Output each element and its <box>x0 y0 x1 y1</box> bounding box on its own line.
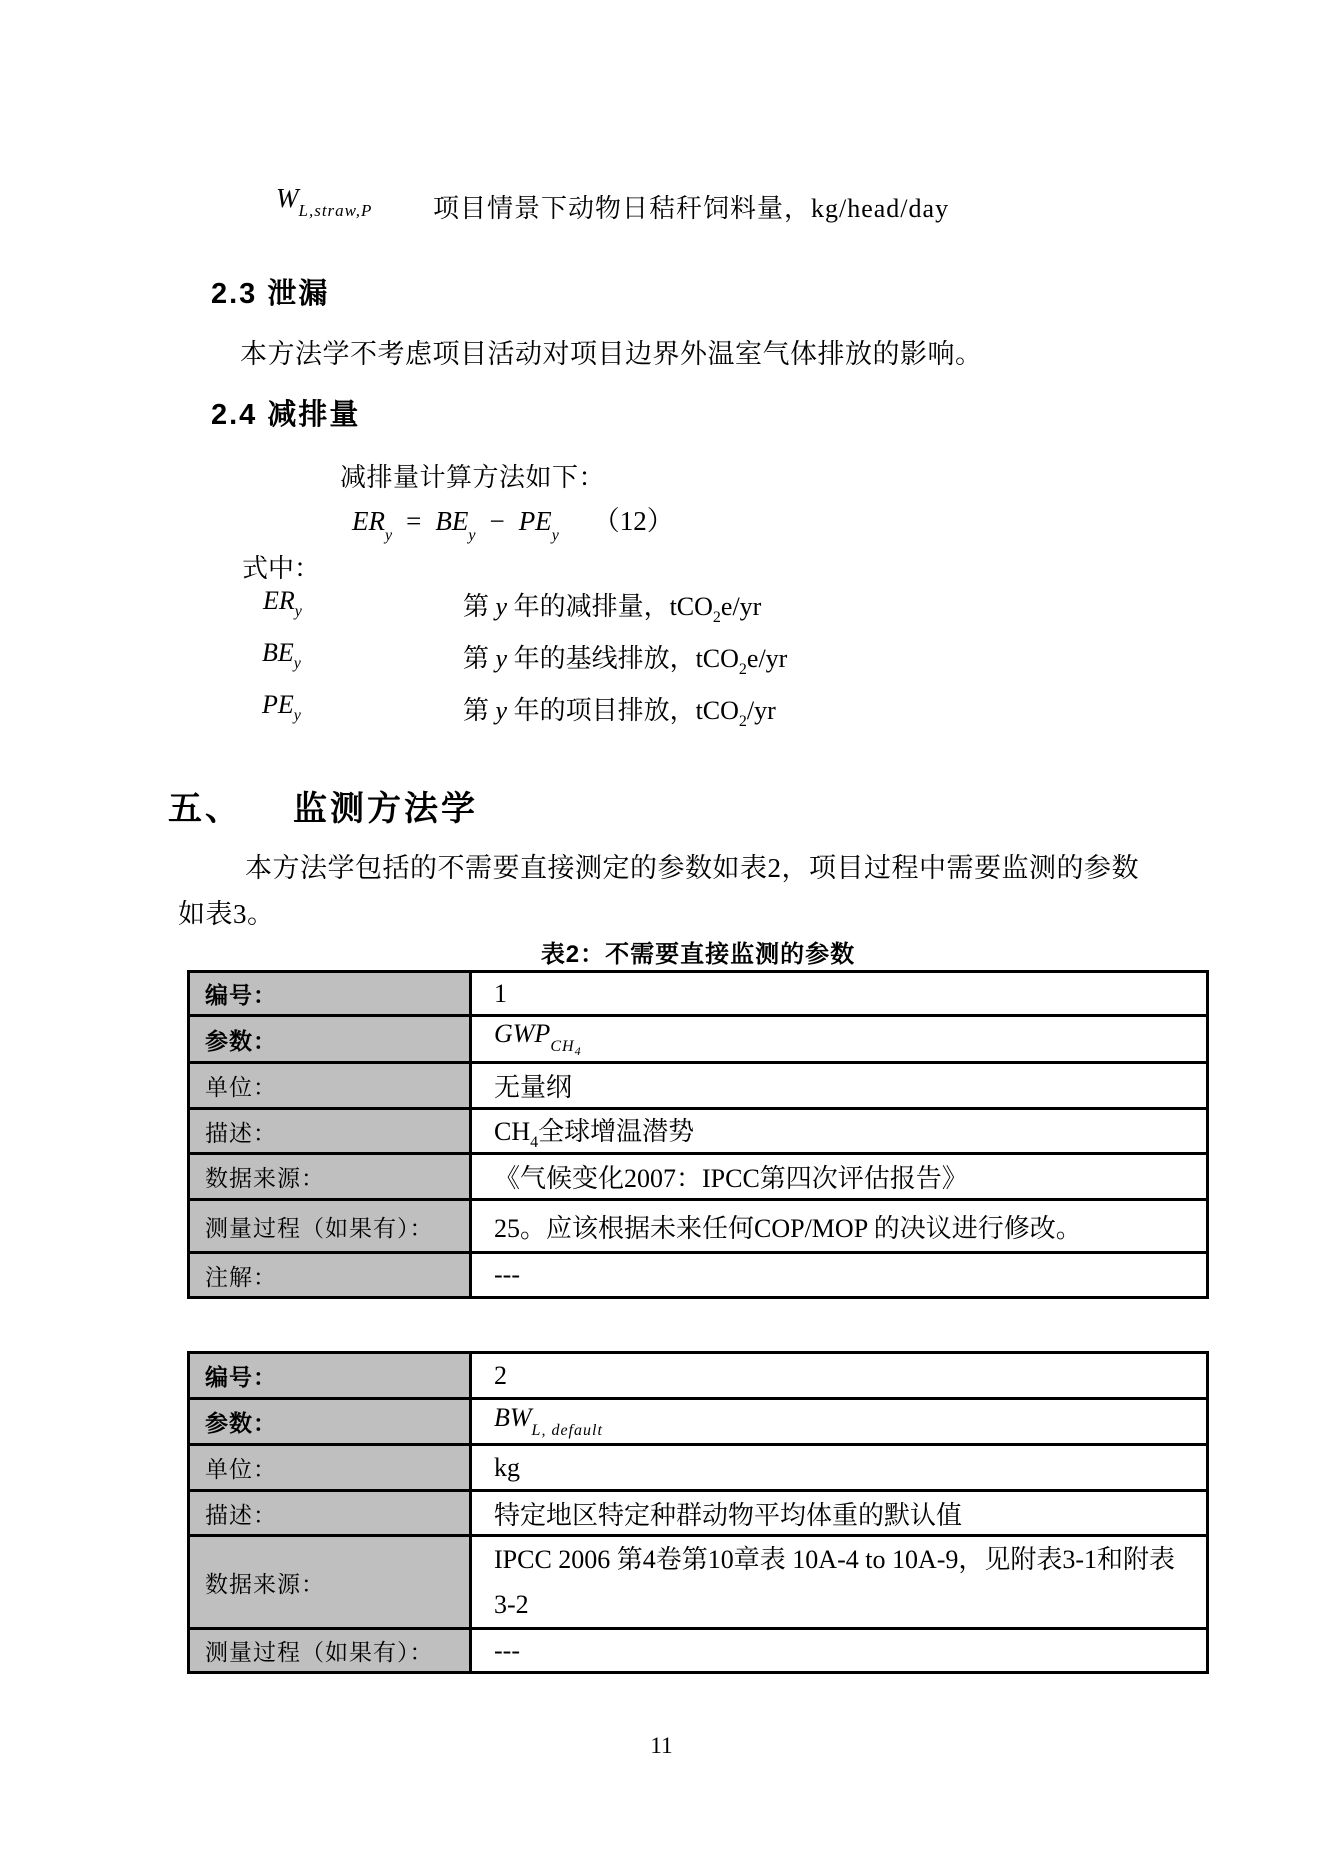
row-label: 数据来源： <box>189 1154 471 1200</box>
row-label: 单位： <box>189 1063 471 1109</box>
row-value: 无量纲 <box>471 1063 1208 1109</box>
row-label: 数据来源： <box>189 1536 471 1629</box>
formula-lhs: ER <box>352 506 385 536</box>
table-row-source: 数据来源： IPCC 2006 第4卷第10章表 10A-4 to 10A-9，… <box>189 1536 1208 1629</box>
section-2-3-paragraph: 本方法学不考虑项目活动对项目边界外温室气体排放的影响。 <box>240 332 983 371</box>
row-label: 描述： <box>189 1109 471 1154</box>
table-row-desc: 描述： 特定地区特定种群动物平均体重的默认值 <box>189 1491 1208 1536</box>
symbol-subscript: L,straw,P <box>299 201 373 220</box>
where-label: 式中： <box>242 548 320 585</box>
row-value-parameter: GWPCH4 <box>471 1016 1208 1063</box>
table-row-procedure: 测量过程（如果有）： --- <box>189 1629 1208 1673</box>
table-row-source: 数据来源： 《气候变化2007：IPCC第四次评估报告》 <box>189 1154 1208 1200</box>
section-2-4-heading: 2.4 减排量 <box>211 392 360 433</box>
row-value: 特定地区特定种群动物平均体重的默认值 <box>471 1491 1208 1536</box>
row-value: --- <box>471 1629 1208 1673</box>
table-row-unit: 单位： 无量纲 <box>189 1063 1208 1109</box>
table-row-desc: 描述： CH4全球增温潜势 <box>189 1109 1208 1154</box>
def-symbol-pe: PEy <box>262 690 301 725</box>
section-2-3-heading: 2.3 泄漏 <box>211 271 329 312</box>
table-row-note: 注解： --- <box>189 1253 1208 1298</box>
symbol-w-straw: WL,straw,P <box>276 183 372 221</box>
equation-number: （12） <box>593 506 674 536</box>
row-value: 25。应该根据未来任何COP/MOP 的决议进行修改。 <box>471 1200 1208 1253</box>
row-label: 注解： <box>189 1253 471 1298</box>
row-label: 测量过程（如果有）： <box>189 1200 471 1253</box>
row-value-description: CH4全球增温潜势 <box>471 1109 1208 1154</box>
section-5-paragraph-line2: 如表3。 <box>178 892 275 931</box>
table-row-id: 编号： 1 <box>189 972 1208 1016</box>
equals-sign: = <box>406 506 421 536</box>
symbol-description: 项目情景下动物日秸秆饲料量，kg/head/day <box>433 188 949 225</box>
table-row-param: 参数： BWL, default <box>189 1399 1208 1445</box>
parameter-table-2: 编号： 2 参数： BWL, default 单位： kg 描述： 特定地区特定… <box>187 1351 1209 1674</box>
table-row-procedure: 测量过程（如果有）： 25。应该根据未来任何COP/MOP 的决议进行修改。 <box>189 1200 1208 1253</box>
row-value-source: IPCC 2006 第4卷第10章表 10A-4 to 10A-9，见附表3-1… <box>471 1536 1208 1629</box>
row-label: 参数： <box>189 1016 471 1063</box>
row-value: 《气候变化2007：IPCC第四次评估报告》 <box>471 1154 1208 1200</box>
minus-sign: − <box>489 506 504 536</box>
row-value: --- <box>471 1253 1208 1298</box>
formula-intro: 减排量计算方法如下： <box>340 457 605 494</box>
formula-er: ERy=BEy−PEy（12） <box>352 499 674 545</box>
def-text-er: 第 y 年的减排量，tCO2e/yr <box>463 586 761 627</box>
parameter-table-1: 编号： 1 参数： GWPCH4 单位： 无量纲 描述： CH4全球增温潜势 数… <box>187 970 1209 1299</box>
row-value: kg <box>471 1445 1208 1491</box>
formula-rhs2: PE <box>519 506 552 536</box>
table-row-param: 参数： GWPCH4 <box>189 1016 1208 1063</box>
section-5-number: 五、 <box>168 781 242 830</box>
document-page: WL,straw,P 项目情景下动物日秸秆饲料量，kg/head/day 2.3… <box>0 0 1323 1871</box>
row-value-parameter: BWL, default <box>471 1399 1208 1445</box>
table-2-caption: 表2：不需要直接监测的参数 <box>187 934 1209 969</box>
def-symbol-be: BEy <box>262 638 301 673</box>
formula-rhs1: BE <box>435 506 468 536</box>
def-text-be: 第 y 年的基线排放，tCO2e/yr <box>463 638 787 679</box>
row-label: 测量过程（如果有）： <box>189 1629 471 1673</box>
section-5-heading: 监测方法学 <box>293 781 478 830</box>
def-text-pe: 第 y 年的项目排放，tCO2/yr <box>463 690 776 731</box>
row-label: 编号： <box>189 1353 471 1399</box>
table-row-unit: 单位： kg <box>189 1445 1208 1491</box>
row-label: 描述： <box>189 1491 471 1536</box>
row-label: 单位： <box>189 1445 471 1491</box>
def-symbol-er: ERy <box>263 586 302 621</box>
row-value: 1 <box>471 972 1208 1016</box>
page-number: 11 <box>0 1733 1323 1759</box>
row-label: 编号： <box>189 972 471 1016</box>
row-label: 参数： <box>189 1399 471 1445</box>
section-5-paragraph-line1: 本方法学包括的不需要直接测定的参数如表2，项目过程中需要监测的参数 <box>245 846 1139 885</box>
row-value: 2 <box>471 1353 1208 1399</box>
table-row-id: 编号： 2 <box>189 1353 1208 1399</box>
symbol-base: W <box>276 183 299 213</box>
